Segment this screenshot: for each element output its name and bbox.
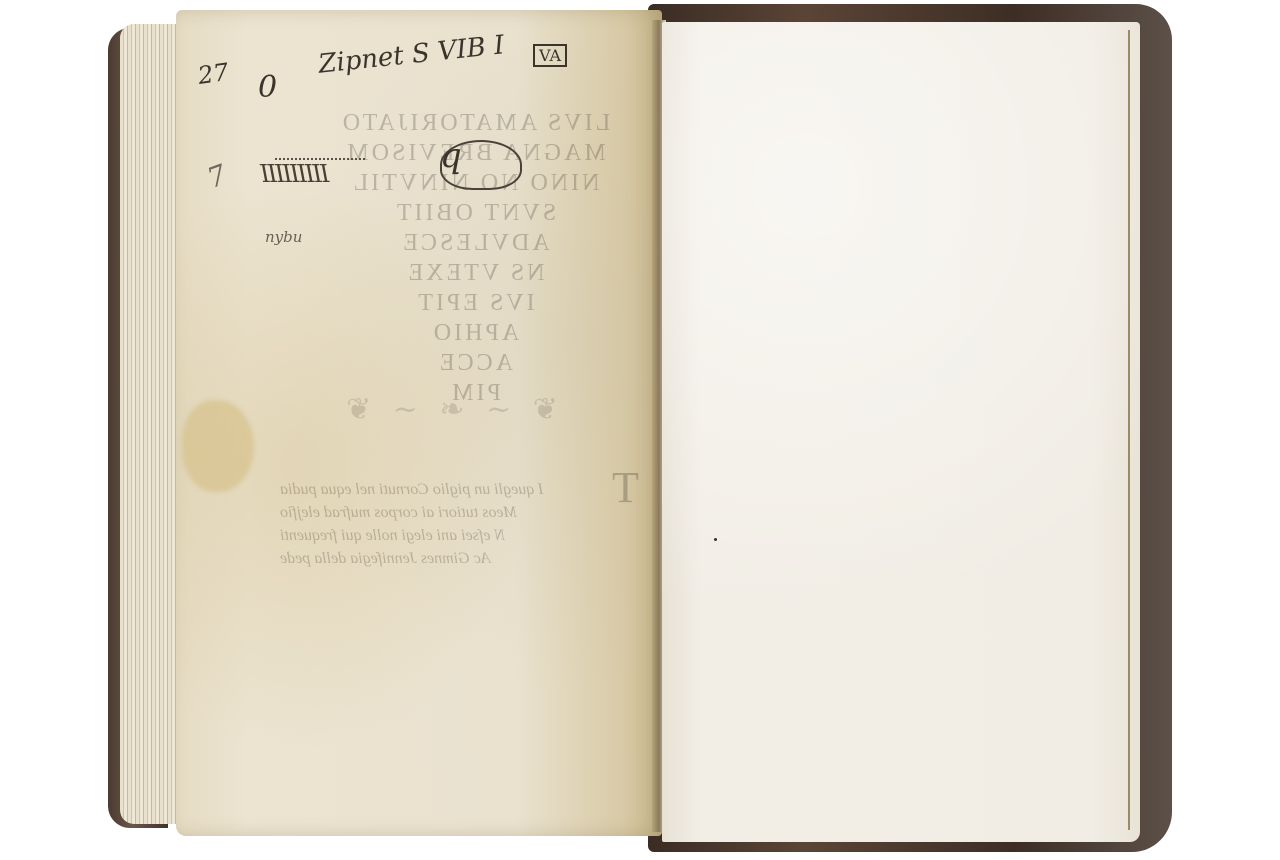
verse-line: N efsei ani elegi nolle qui frequenti [280, 524, 610, 547]
ghost-line: LIVS AMATORIJATO [330, 108, 620, 138]
verse-line: Ac Gimnes Jennifegia della pede [280, 547, 610, 570]
drop-initial: T [612, 462, 639, 513]
ghost-line: IVS EPIT [330, 288, 620, 318]
right-page-edge [1128, 30, 1130, 830]
right-page-blank [662, 22, 1140, 842]
ornament-band: ❦ ~ ❧ ~ ❦ [295, 392, 615, 442]
annotation-zero: 0 [258, 70, 277, 105]
water-stain [182, 400, 254, 492]
annotation-stamp: IIIIIIIII [262, 160, 329, 188]
ink-speck [714, 538, 717, 541]
verse-line: Meos tutiori ai corpos mufrad elejfio [280, 501, 610, 524]
annotation-circled-letter: q [440, 136, 462, 176]
verse-line: I quegli un piglio Cornuti nel equa pudi… [280, 478, 610, 501]
ghost-line: APHIO [330, 318, 620, 348]
ghost-line: ADVLESCE [330, 228, 620, 258]
annotation-number: 27 [196, 58, 230, 90]
annotation-note: nybu [265, 228, 302, 246]
show-through-verse: I quegli un piglio Cornuti nel equa pudi… [280, 478, 610, 570]
ghost-line: ACCE [330, 348, 620, 378]
ghost-line: NS VTEXE [330, 258, 620, 288]
ghost-line: SVNT OBIIT [330, 198, 620, 228]
annotation-shelf-mark: VA [533, 44, 567, 67]
